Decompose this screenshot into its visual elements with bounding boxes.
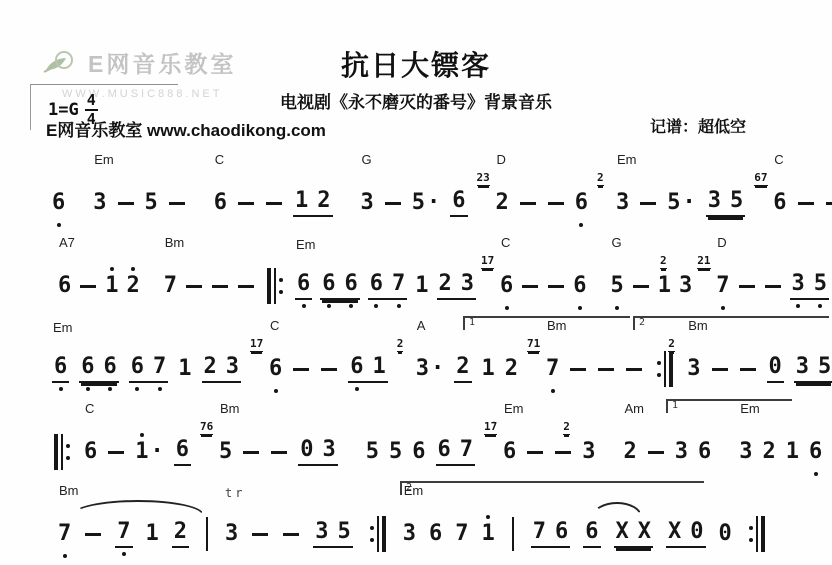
underline-group: 23 — [202, 356, 242, 383]
note-token: 5· — [412, 188, 441, 218]
note-token: 6A7 — [58, 271, 71, 301]
duration-dash — [548, 285, 564, 288]
dash-token — [797, 188, 815, 218]
thick-bar — [761, 516, 765, 552]
dash-token — [117, 188, 135, 218]
grace-note: 67 — [754, 171, 767, 186]
duration-dash — [118, 202, 134, 205]
note-token: 2 — [127, 271, 140, 301]
note-digit: 7 — [455, 523, 468, 545]
note-digit: 7 — [392, 273, 405, 295]
note-digit: 3 — [225, 523, 238, 545]
note-digit: 1 — [415, 275, 428, 297]
repeat-open — [267, 268, 283, 304]
chord-label: Em — [296, 237, 316, 252]
note-digit: 6 — [412, 441, 425, 463]
trill-mark: tr — [225, 486, 245, 500]
note-digit: 2 — [456, 356, 469, 378]
note-digit: 3 — [739, 441, 752, 463]
duration-dash — [80, 285, 96, 288]
note-digit: 1 — [105, 275, 118, 297]
volta-number: 2 — [639, 317, 645, 328]
grace-note: 2 — [660, 254, 667, 269]
note-digit: 5 — [412, 192, 425, 214]
dash-token — [270, 437, 288, 467]
note-digit: 6 — [81, 356, 94, 378]
duration-dash — [598, 368, 614, 371]
note-digit: 6 — [176, 439, 189, 461]
repeat-dot — [279, 290, 283, 294]
chord-label: Em — [94, 152, 114, 167]
dash-token — [211, 271, 229, 301]
chord-label: G — [612, 235, 622, 250]
dash-token — [825, 188, 832, 218]
note-digit: 6 — [773, 192, 786, 214]
underline-group: 67 — [436, 439, 476, 466]
note-digit: 3 — [582, 441, 595, 463]
dash-token — [526, 437, 544, 467]
note-token: 5 — [366, 437, 379, 467]
note-digit: 7 — [546, 358, 559, 380]
note-digit: 5 — [145, 192, 158, 214]
note-token: 2Am — [624, 437, 637, 467]
dash-token — [739, 354, 757, 384]
underline-group: 67 — [129, 356, 169, 383]
song-title: 抗日大镖客 — [216, 44, 616, 84]
note-token: 6 — [698, 437, 711, 467]
note-digit: 3 — [792, 273, 805, 295]
music-system-1: 63Em56C123G5·62D2363Em25·356C670·5 — [0, 148, 832, 230]
repeat-dot — [749, 526, 753, 530]
grace-note: 2 — [597, 171, 604, 186]
note-digit: 6 — [269, 358, 282, 380]
note-token: 32 — [679, 271, 692, 301]
note-digit: 6 — [555, 521, 568, 543]
duration-dash — [243, 451, 259, 454]
underline-group: 35 — [794, 356, 832, 383]
dash-token — [251, 519, 269, 549]
note-token: 6 — [429, 519, 442, 549]
note-digit: 7 — [460, 439, 473, 461]
note-digit: 0 — [300, 439, 313, 461]
note-digit: 3 — [687, 358, 700, 380]
thick-bar — [669, 351, 673, 387]
underline-group: 66 — [79, 356, 119, 383]
note-digit: 5 — [219, 441, 232, 463]
duration-dash — [321, 368, 337, 371]
dash-token — [639, 188, 657, 218]
note-digit: 1 — [146, 523, 159, 545]
note-digit: 3 — [675, 441, 688, 463]
note-digit: 3 — [403, 523, 416, 545]
note-digit: 2 — [496, 192, 509, 214]
note-digit: 1 — [135, 441, 148, 463]
repeat-close — [749, 516, 765, 552]
note-digit: 3 — [416, 358, 429, 380]
note-digit: 1 — [295, 190, 308, 212]
note-token: 32 — [582, 437, 595, 467]
note-row: 6A7127Bm6Em66671236C1765G1327D2135 — [0, 230, 832, 304]
dash-token — [554, 437, 572, 467]
note-token: 1 — [658, 271, 671, 301]
chord-label: Em — [617, 152, 637, 167]
underline-group: 2 — [454, 356, 471, 383]
note-token: 0 — [719, 519, 732, 549]
note-token: 3G — [361, 188, 374, 218]
dash-token — [521, 271, 539, 301]
repeat-dot — [279, 278, 283, 282]
note-digit: 2 — [204, 356, 217, 378]
thin-bar — [61, 434, 63, 470]
underline-group: X0 — [666, 521, 706, 548]
note-digit: 6 — [698, 441, 711, 463]
underline-group: 12 — [293, 190, 333, 217]
chord-label: A7 — [59, 235, 75, 250]
duration-dash — [238, 285, 254, 288]
thin-bar — [377, 516, 379, 552]
note-token: 6 — [412, 437, 425, 467]
duration-dash — [266, 202, 282, 205]
note-digit: 5 — [818, 356, 831, 378]
note-digit: 1 — [658, 275, 671, 297]
note-token: 3Bm2 — [687, 354, 700, 384]
duration-dash — [640, 202, 656, 205]
note-digit: 6 — [214, 192, 227, 214]
volta-bracket: 1 — [666, 399, 792, 413]
note-digit: 6 — [809, 441, 822, 463]
thin-bar — [664, 351, 666, 387]
duration-dash — [555, 451, 571, 454]
note-token: 3 — [675, 437, 688, 467]
underline-group: 61 — [348, 356, 388, 383]
underline-group: 6 — [583, 521, 600, 548]
note-digit: 3 — [708, 190, 721, 212]
underline-group: 6 — [174, 439, 191, 466]
note-digit: 3 — [361, 192, 374, 214]
note-row: 63Em56C123G5·62D2363Em25·356C670·5 — [0, 148, 832, 220]
underline-group: 66 — [320, 273, 360, 300]
volta-number: 2 — [406, 482, 412, 493]
duration-dash — [633, 285, 649, 288]
duration-dash — [740, 368, 756, 371]
note-digit: 6 — [500, 275, 513, 297]
underline-group: 2 — [172, 521, 189, 548]
music-system-5: 7Bm7123tr353Em671766XXX002 — [0, 478, 832, 560]
note-digit: 3 — [616, 192, 629, 214]
duration-dash — [548, 202, 564, 205]
thick-bar — [382, 516, 386, 552]
note-token: 3tr — [225, 519, 238, 549]
dash-token — [107, 437, 125, 467]
chord-label: C — [215, 152, 224, 167]
chord-label: C — [270, 318, 279, 333]
duration-dash — [169, 202, 185, 205]
note-digit: 7 — [58, 523, 71, 545]
note-digit: 5 — [389, 441, 402, 463]
note-digit: 3 — [315, 521, 328, 543]
note-token: 1· — [135, 437, 164, 467]
dash-token — [625, 354, 643, 384]
grace-note: 2 — [563, 420, 570, 435]
note-digit: 6 — [322, 273, 335, 295]
duration-dash — [252, 533, 268, 536]
repeat-open — [54, 434, 70, 470]
note-digit: 1 — [178, 358, 191, 380]
duration-dash — [271, 451, 287, 454]
note-token: 7Bm — [164, 271, 177, 301]
underline-group: 7 — [115, 521, 132, 548]
dash-token — [711, 354, 729, 384]
duration-dash — [385, 202, 401, 205]
dash-token — [647, 437, 665, 467]
underline-group: 03 — [298, 439, 338, 466]
underline-group: 67 — [368, 273, 408, 300]
grace-note: 1̇7 — [484, 420, 497, 435]
duration-dash — [570, 368, 586, 371]
duration-dash — [826, 202, 832, 205]
dash-token — [547, 271, 565, 301]
note-digit: X — [638, 521, 651, 543]
chord-label: Bm — [59, 483, 79, 498]
chord-label: A — [417, 318, 426, 333]
note-digit: 2 — [439, 273, 452, 295]
note-digit: 7 — [117, 521, 130, 543]
dash-token — [738, 271, 756, 301]
note-digit: 2 — [317, 190, 330, 212]
note-token: 3Em — [403, 519, 416, 549]
dash-token — [384, 188, 402, 218]
repeat-dots — [657, 361, 661, 377]
note-digit: 0 — [719, 523, 732, 545]
note-token: 5· — [667, 188, 696, 218]
chord-label: Am — [625, 401, 645, 416]
chord-label: C — [85, 401, 94, 416]
note-digit: 7 — [164, 275, 177, 297]
repeat-dot — [657, 361, 661, 365]
note-digit: 6 — [573, 275, 586, 297]
duration-dash — [739, 285, 755, 288]
note-token: 2 — [763, 437, 776, 467]
augmentation-dot: · — [151, 441, 164, 463]
note-digit: 6 — [84, 441, 97, 463]
note-digit: 3 — [461, 273, 474, 295]
note-token: 5G — [611, 271, 624, 301]
note-token: 5Bm76 — [219, 437, 232, 467]
note-token: 5 — [389, 437, 402, 467]
duration-dash — [712, 368, 728, 371]
underline-group: 35 — [706, 190, 746, 217]
dash-token — [237, 271, 255, 301]
note-digit: 6 — [104, 356, 117, 378]
note-token: 6 — [52, 188, 65, 218]
note-digit: 0 — [690, 521, 703, 543]
note-digit: 3 — [93, 192, 106, 214]
note-token: 7Bm71 — [546, 354, 559, 384]
volta-bracket: 1 — [463, 316, 630, 330]
note-digit: 6 — [52, 192, 65, 214]
note-digit: 2 — [127, 275, 140, 297]
underline-group: 6Em — [52, 356, 69, 383]
dash-token — [282, 519, 300, 549]
underline-group: 6 — [450, 190, 467, 217]
note-digit: 6 — [438, 439, 451, 461]
thick-bar — [267, 268, 271, 304]
note-token: 1 — [415, 271, 428, 301]
chord-label: D — [717, 235, 726, 250]
duration-dash — [648, 451, 664, 454]
chord-label: Bm — [165, 235, 185, 250]
underline-group: 23 — [437, 273, 477, 300]
duration-dash — [765, 285, 781, 288]
note-token: 6C17 — [269, 354, 282, 384]
note-token: 2D23 — [496, 188, 509, 218]
grace-note: 76 — [200, 420, 213, 435]
note-digit: 5 — [814, 273, 827, 295]
duration-dash — [522, 285, 538, 288]
note-digit: 6 — [370, 273, 383, 295]
thick-bar — [54, 434, 58, 470]
note-digit: 5 — [338, 521, 351, 543]
grace-note: 17 — [481, 254, 494, 269]
duration-dash — [527, 451, 543, 454]
dash-token — [185, 271, 203, 301]
music-system-2: 6A7127Bm6Em66671236C1765G1327D2135 — [0, 230, 832, 312]
note-token: 1 — [178, 354, 191, 384]
underline-group: 35 — [790, 273, 830, 300]
dash-token — [519, 188, 537, 218]
note-token: 7D21 — [716, 271, 729, 301]
note-digit: 5 — [366, 441, 379, 463]
volta-bracket: 2 — [633, 316, 829, 330]
note-token: 3Em2 — [616, 188, 629, 218]
site-address: E网音乐教室 www.chaodikong.com — [46, 116, 326, 141]
note-digit: 5 — [730, 190, 743, 212]
duration-dash — [520, 202, 536, 205]
note-digit: 1 — [482, 523, 495, 545]
underline-group: 76 — [531, 521, 571, 548]
note-token: 1 — [482, 519, 495, 549]
note-token: 6C — [214, 188, 227, 218]
note-token: 1 — [482, 354, 495, 384]
duration-dash — [212, 285, 228, 288]
note-digit: 6 — [429, 523, 442, 545]
note-digit: 2 — [763, 441, 776, 463]
note-digit: 6 — [345, 273, 358, 295]
thin-bar — [274, 268, 276, 304]
note-digit: X — [668, 521, 681, 543]
duration-dash — [293, 368, 309, 371]
meter-numerator: 4 — [87, 93, 96, 108]
dash-token — [764, 271, 782, 301]
repeat-dot — [66, 444, 70, 448]
note-digit: 7 — [716, 275, 729, 297]
barline — [512, 517, 514, 551]
note-digit: 3 — [796, 356, 809, 378]
duration-dash — [186, 285, 202, 288]
note-digit: 6 — [131, 356, 144, 378]
note-digit: 3 — [323, 439, 336, 461]
note-digit: 5 — [667, 192, 680, 214]
dash-token — [569, 354, 587, 384]
repeat-close — [370, 516, 386, 552]
note-digit: 2 — [174, 521, 187, 543]
transcriber-credit: 记谱：超低空 — [650, 114, 746, 137]
duration-dash — [283, 533, 299, 536]
note-digit: 2 — [624, 441, 637, 463]
underline-group: 0 — [767, 356, 784, 383]
dash-token — [320, 354, 338, 384]
repeat-dots — [279, 278, 283, 294]
note-digit: X — [616, 521, 629, 543]
duration-dash — [85, 533, 101, 536]
note-token: 1 — [146, 519, 159, 549]
chord-label: D — [497, 152, 506, 167]
chord-label: C — [501, 235, 510, 250]
volta-bracket: 2 — [400, 481, 704, 495]
note-token: 2 — [505, 354, 518, 384]
header-divider — [30, 84, 178, 85]
site-logo: E网音乐教室 — [42, 46, 236, 79]
note-token: 6 — [573, 271, 586, 301]
note-token: 6Em1̇7 — [503, 437, 516, 467]
repeat-close — [657, 351, 673, 387]
note-token: 6C — [84, 437, 97, 467]
scan-edge-line — [30, 84, 31, 130]
grace-note: 23 — [477, 171, 490, 186]
note-digit: 6 — [297, 273, 310, 295]
note-digit: 6 — [58, 275, 71, 297]
grace-note: 71 — [527, 337, 540, 352]
leaf-logo-icon — [42, 48, 80, 78]
note-token: 1 — [786, 437, 799, 467]
dash-token — [292, 354, 310, 384]
note-digit: 1 — [373, 356, 386, 378]
note-token: 6C67 — [773, 188, 786, 218]
note-digit: 7 — [533, 521, 546, 543]
note-digit: 3 — [679, 275, 692, 297]
grace-note: 21 — [697, 254, 710, 269]
augmentation-dot: · — [427, 192, 440, 214]
repeat-dot — [370, 526, 374, 530]
note-digit: 3 — [226, 356, 239, 378]
repeat-dot — [66, 456, 70, 460]
note-digit: 5 — [611, 275, 624, 297]
dash-token — [597, 354, 615, 384]
duration-dash — [238, 202, 254, 205]
chord-label: Em — [53, 320, 73, 335]
note-token: 6 — [575, 188, 588, 218]
volta-number: 1 — [672, 400, 678, 411]
augmentation-dot: · — [683, 192, 696, 214]
dash-token — [242, 437, 260, 467]
barline — [206, 517, 208, 551]
note-token: 7Bm — [58, 519, 71, 549]
note-digit: 1 — [786, 441, 799, 463]
volta-number: 1 — [469, 317, 475, 328]
note-digit: 6 — [350, 356, 363, 378]
chord-label: G — [362, 152, 372, 167]
note-digit: 1 — [482, 358, 495, 380]
sheet-music-page: E网音乐教室 WWW.MUSIC888.NET 1=G 4 4 E网音乐教室 w… — [0, 0, 832, 565]
note-digit: 6 — [575, 192, 588, 214]
duration-dash — [798, 202, 814, 205]
dash-token — [84, 519, 102, 549]
thin-bar — [756, 516, 758, 552]
underline-group: 35 — [313, 521, 353, 548]
note-token: 7 — [455, 519, 468, 549]
dash-token — [547, 188, 565, 218]
note-token: 3Em — [93, 188, 106, 218]
